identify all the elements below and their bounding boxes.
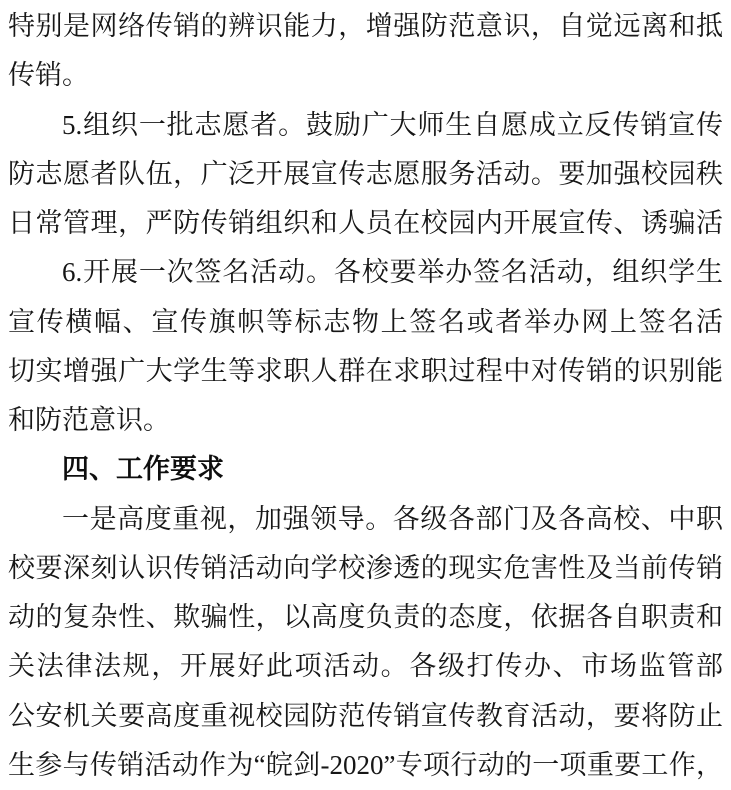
paragraph-work-requirements: 一是高度重视，加强领导。各级各部门及各高校、中职学 校要深刻认识传销活动向学校渗… — [8, 495, 723, 790]
text-line: 一是高度重视，加强领导。各级各部门及各高校、中职学 — [8, 495, 723, 544]
text-line: 日常管理，严防传销组织和人员在校园内开展宣传、诱骗活动。 — [8, 199, 723, 248]
text-line: 6.开展一次签名活动。各校要举办签名活动，组织学生在 — [8, 248, 723, 297]
text-line: 防志愿者队伍，广泛开展宣传志愿服务活动。要加强校园秩序 — [8, 150, 723, 199]
section-heading-text: 四、工作要求 — [8, 445, 723, 494]
text-line: 特别是网络传销的辨识能力，增强防范意识，自觉远离和抵制 — [8, 2, 723, 51]
text-line: 动的复杂性、欺骗性，以高度负责的态度，依据各自职责和有 — [8, 593, 723, 642]
paragraph-item-5: 5.组织一批志愿者。鼓励广大师生自愿成立反传销宣传联 防志愿者队伍，广泛开展宣传… — [8, 101, 723, 249]
text-line: 关法律法规，开展好此项活动。各级打传办、市场监管部门、 — [8, 642, 723, 691]
section-heading: 四、工作要求 — [8, 445, 723, 494]
text-line: 和防范意识。 — [8, 396, 723, 445]
document-page: 特别是网络传销的辨识能力，增强防范意识，自觉远离和抵制 传销。 5.组织一批志愿… — [0, 0, 731, 790]
paragraph-item-6: 6.开展一次签名活动。各校要举办签名活动，组织学生在 宣传横幅、宣传旗帜等标志物… — [8, 248, 723, 445]
text-line: 宣传横幅、宣传旗帜等标志物上签名或者举办网上签名活动， — [8, 298, 723, 347]
text-line: 公安机关要高度重视校园防范传销宣传教育活动，要将防止学 — [8, 692, 723, 741]
text-line: 5.组织一批志愿者。鼓励广大师生自愿成立反传销宣传联 — [8, 101, 723, 150]
text-line: 生参与传销活动作为“皖剑-2020”专项行动的一项重要工作， — [8, 741, 723, 790]
paragraph-continuation: 特别是网络传销的辨识能力，增强防范意识，自觉远离和抵制 传销。 — [8, 2, 723, 101]
text-line: 传销。 — [8, 51, 723, 100]
text-line: 切实增强广大学生等求职人群在求职过程中对传销的识别能力 — [8, 347, 723, 396]
text-line: 校要深刻认识传销活动向学校渗透的现实危害性及当前传销活 — [8, 544, 723, 593]
